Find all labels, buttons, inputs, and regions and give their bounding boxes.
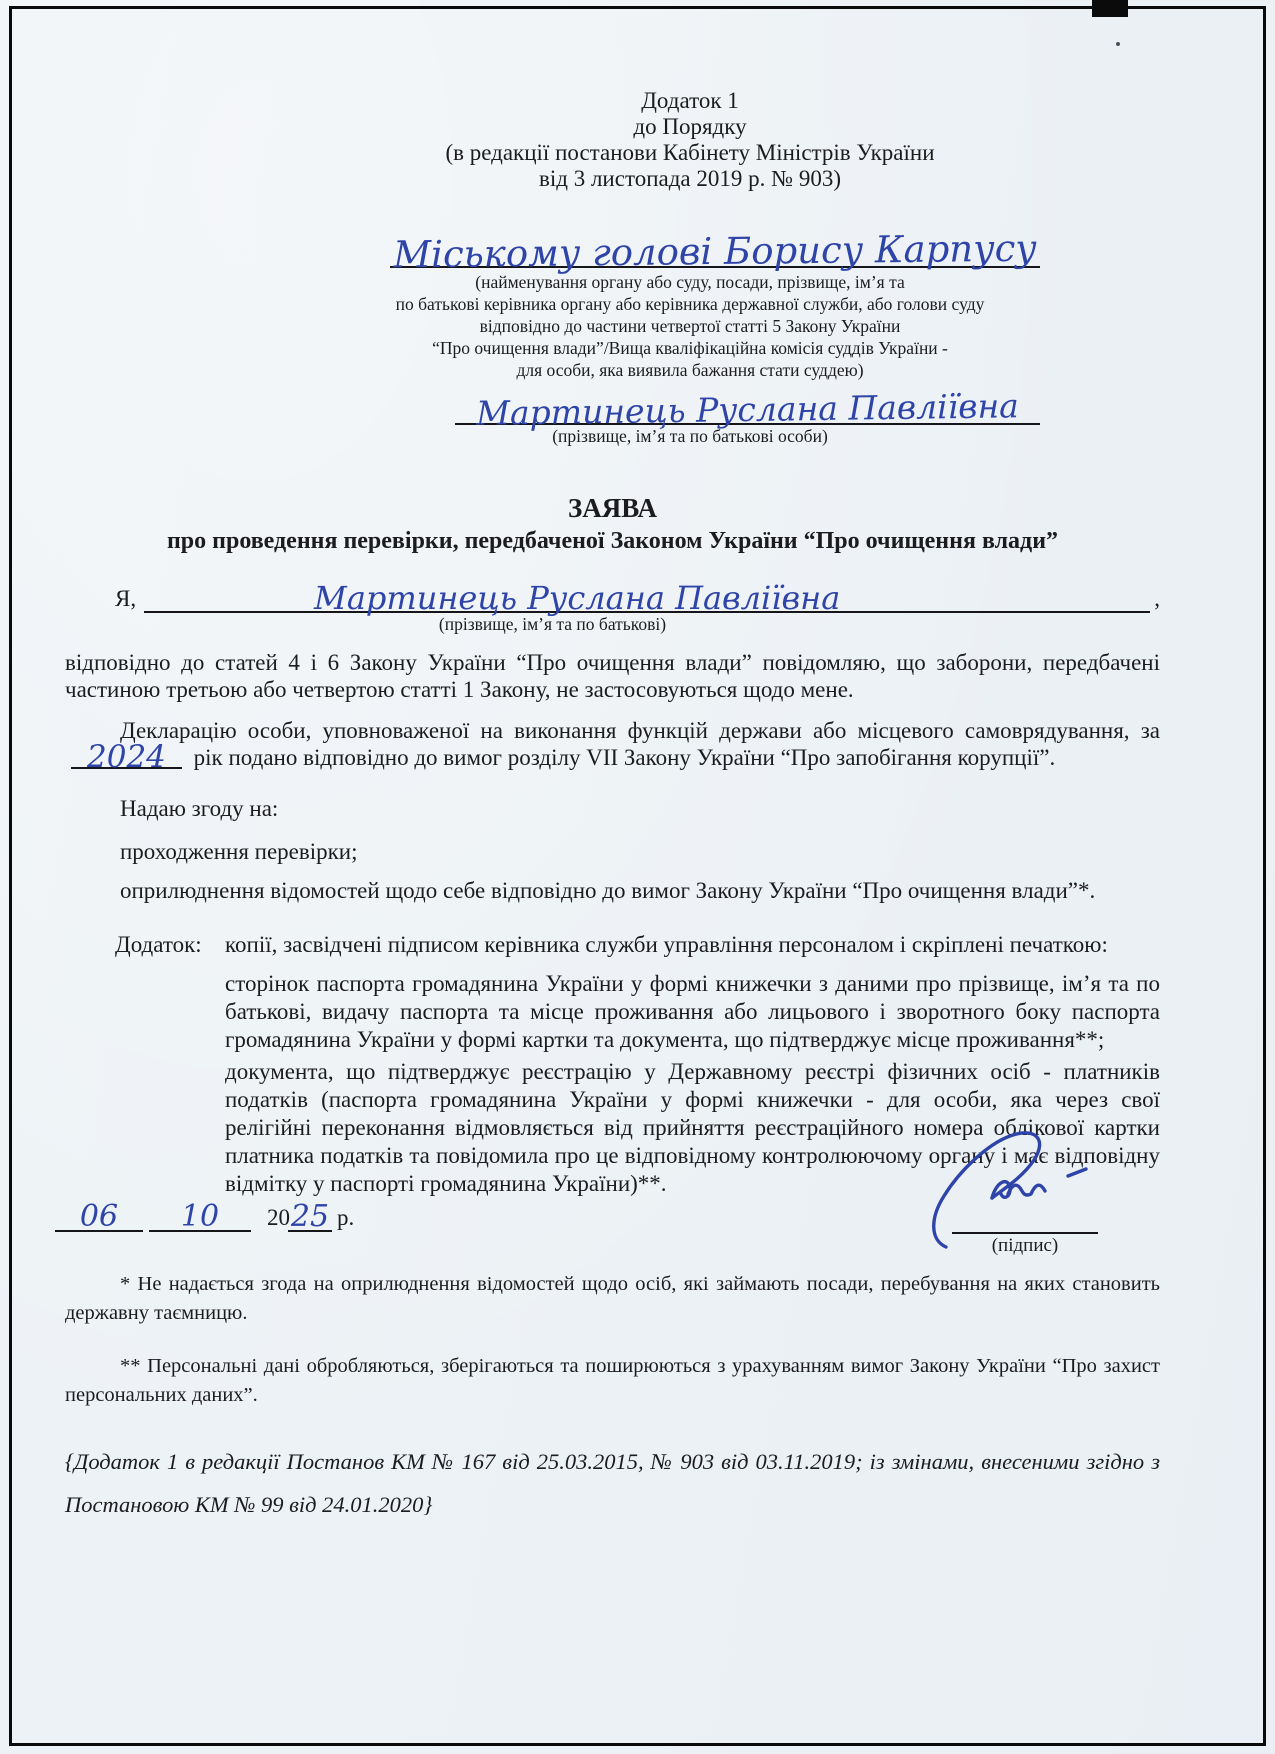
attachment-intro: копії, засвідчені підписом керівника слу…: [225, 932, 1160, 958]
addressee-rule: Міському голові Борису Карпусу: [390, 212, 1040, 268]
declarant-rule: Мартинець Руслана Павліївна: [144, 565, 1150, 613]
date-year-handwritten: 25: [288, 1199, 332, 1234]
addressee-caption: (найменування органу або суду, посади, п…: [65, 271, 1160, 381]
date-suffix: р.: [337, 1205, 354, 1232]
attachment-item-passport: сторінок паспорта громадянина України у …: [225, 970, 1160, 1054]
annex-header-line: (в редакції постанови Кабінету Міністрів…: [220, 140, 1160, 166]
consent-item-publication: оприлюднення відомостей щодо себе відпов…: [65, 877, 1160, 904]
addressee-caption-line: (найменування органу або суду, посади, п…: [220, 271, 1160, 293]
declarant-comma: ,: [1150, 586, 1160, 613]
date-century-printed: 20: [267, 1205, 290, 1232]
form-title: ЗАЯВА: [65, 493, 1160, 523]
date-day-handwritten: 06: [55, 1199, 143, 1234]
annex-header: Додаток 1 до Порядку (в редакції постано…: [65, 88, 1160, 192]
addressee-caption-line: відповідно до частини четвертої статті 5…: [220, 315, 1160, 337]
date-month-rule: 10: [149, 1196, 251, 1232]
consent-item-check: проходження перевірки;: [65, 838, 1160, 865]
signature-block: (підпис): [952, 1158, 1098, 1256]
footnote-1: * Не надається згода на оприлюднення від…: [65, 1270, 1160, 1328]
addressee-handwritten: Міському голові Борису Карпусу: [390, 227, 1040, 277]
date-day-rule: 06: [55, 1196, 143, 1232]
footnote-2: ** Персональні дані обробляються, зберіг…: [65, 1352, 1160, 1410]
declarant-name-handwritten: Мартинець Руслана Павліївна: [4, 579, 1150, 617]
consent-intro: Надаю згоду на:: [65, 795, 1160, 822]
scan-dot-artifact: [1116, 42, 1120, 46]
applicant-name-handwritten: Мартинець Руслана Павліївна: [455, 386, 1040, 433]
declaration-text-before: Декларацію особи, уповноваженої на викон…: [120, 718, 1160, 743]
applicant-name-rule: Мартинець Руслана Павліївна: [455, 377, 1040, 425]
form-subtitle: про проведення перевірки, передбаченої З…: [65, 527, 1160, 555]
signature-scribble: [900, 1124, 1110, 1249]
declaration-year-handwritten: 2024: [71, 747, 182, 769]
addressee-caption-line: “Про очищення влади”/Вища кваліфікаційна…: [220, 337, 1160, 359]
revision-note: {Додаток 1 в редакції Постанов КМ № 167 …: [65, 1440, 1160, 1526]
declarant-row: Я, Мартинець Руслана Павліївна ,: [65, 567, 1160, 613]
declaration-text-after: рік подано відповідно до вимог розділу V…: [194, 745, 1056, 770]
document-content: Додаток 1 до Порядку (в редакції постано…: [65, 88, 1160, 1526]
paragraph-statement: відповідно до статей 4 і 6 Закону Україн…: [65, 649, 1160, 703]
date-month-handwritten: 10: [149, 1199, 251, 1234]
annex-header-line: до Порядку: [220, 114, 1160, 140]
addressee-caption-line: по батькові керівника органу або керівни…: [220, 293, 1160, 315]
date-year-rule: 25: [288, 1196, 332, 1232]
annex-header-line: від 3 листопада 2019 р. № 903): [220, 166, 1160, 192]
signature-date-zone: 06 10 20 25 р.: [65, 1198, 1160, 1270]
scanned-document-page: Додаток 1 до Порядку (в редакції постано…: [0, 0, 1275, 1754]
date-row: 06 10 20 25 р.: [55, 1198, 354, 1232]
annex-header-line: Додаток 1: [220, 88, 1160, 114]
attachment-label: Додаток:: [115, 932, 202, 958]
paragraph-declaration: Декларацію особи, уповноваженої на викон…: [65, 717, 1160, 771]
scan-corner-artifact: [1092, 0, 1128, 17]
